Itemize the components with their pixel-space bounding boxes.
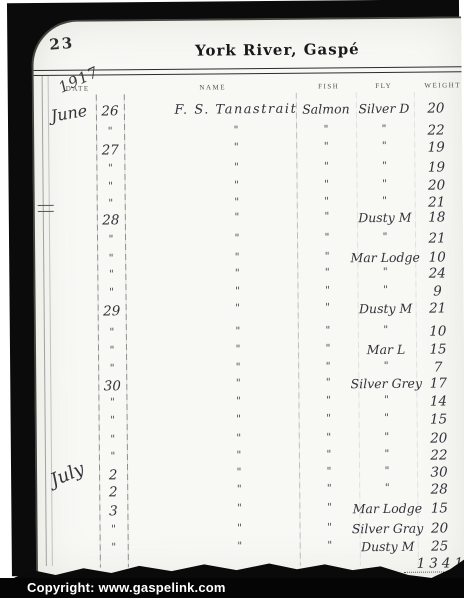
weight-cell: 24 bbox=[415, 265, 459, 281]
weight-cell: 20 bbox=[415, 177, 459, 193]
day-cell: 30 bbox=[90, 378, 134, 394]
table-row: 3""Mar Lodge15 bbox=[37, 500, 464, 522]
day-cell: " bbox=[89, 268, 133, 280]
fly-cell: " bbox=[349, 465, 425, 478]
day-cell: " bbox=[88, 162, 132, 174]
day-cell: " bbox=[90, 362, 134, 374]
weight-cell: 21 bbox=[415, 230, 459, 246]
weight-cell: 14 bbox=[416, 393, 460, 409]
fly-cell: " bbox=[348, 394, 424, 407]
table-row: """Dusty M25 bbox=[38, 538, 464, 560]
table-row: """"15 bbox=[37, 411, 464, 433]
scanned-ledger: 23 York River, Gaspé Date Name Fish Fly … bbox=[0, 0, 464, 600]
weight-cell: 22 bbox=[414, 122, 458, 138]
fly-cell: " bbox=[349, 448, 425, 461]
fly-cell: Dusty M bbox=[348, 301, 424, 317]
day-cell: 2 bbox=[91, 467, 135, 483]
weight-cell: 19 bbox=[414, 159, 458, 175]
weight-cell: 22 bbox=[417, 447, 461, 463]
fly-cell: " bbox=[348, 324, 424, 337]
fly-cell: " bbox=[347, 231, 423, 244]
weight-cell: 28 bbox=[417, 481, 461, 497]
weight-cell: 10 bbox=[415, 249, 459, 265]
day-cell: " bbox=[90, 344, 134, 356]
day-cell: " bbox=[89, 180, 133, 192]
fly-cell: " bbox=[349, 412, 425, 425]
day-cell: " bbox=[89, 252, 133, 264]
fly-cell: " bbox=[347, 178, 423, 191]
fly-cell: " bbox=[347, 195, 423, 208]
ledger-rows: June26F. S. TanastraitSalmonSilver D20""… bbox=[33, 18, 464, 580]
table-row: June26F. S. TanastraitSalmonSilver D20 bbox=[34, 100, 462, 122]
weight-cell: 15 bbox=[417, 500, 461, 516]
fly-cell: Silver Grey bbox=[348, 376, 424, 392]
weight-cell: 9 bbox=[415, 283, 459, 299]
weight-cell: 20 bbox=[417, 520, 461, 536]
table-row: 29""Dusty M21 bbox=[36, 300, 464, 322]
weight-cell: 17 bbox=[416, 375, 460, 391]
table-row: 27"""19 bbox=[34, 139, 462, 161]
fly-cell: Mar Lodge bbox=[349, 501, 425, 517]
fly-cell: " bbox=[347, 266, 423, 279]
fly-cell: Silver D bbox=[346, 101, 422, 117]
table-row: 2"""28 bbox=[37, 481, 464, 503]
fly-cell: Mar L bbox=[348, 342, 424, 358]
weight-cell: 18 bbox=[415, 209, 459, 225]
ledger-page: 23 York River, Gaspé Date Name Fish Fly … bbox=[31, 16, 464, 580]
day-cell: " bbox=[89, 233, 133, 245]
day-cell: " bbox=[88, 125, 132, 137]
weight-cell: 21 bbox=[415, 194, 459, 210]
copyright-bar: Copyright: www.gaspelink.com bbox=[0, 578, 464, 598]
fly-cell: Dusty M bbox=[350, 539, 426, 555]
fly-cell: " bbox=[346, 123, 422, 136]
day-cell: 29 bbox=[90, 303, 134, 319]
fly-cell: Silver Gray bbox=[349, 521, 425, 537]
table-row: """"21 bbox=[35, 230, 463, 252]
day-cell: " bbox=[90, 396, 134, 408]
fly-cell: " bbox=[347, 284, 423, 297]
fly-cell: " bbox=[346, 140, 422, 153]
weight-cell: 15 bbox=[417, 411, 461, 427]
day-cell: " bbox=[91, 414, 135, 426]
fly-cell: Dusty M bbox=[347, 210, 423, 226]
day-cell: " bbox=[92, 523, 136, 535]
weight-cell: 7 bbox=[416, 359, 460, 375]
weight-cell: 19 bbox=[414, 139, 458, 155]
day-cell: " bbox=[89, 286, 133, 298]
day-cell: " bbox=[91, 433, 135, 445]
day-cell: 27 bbox=[88, 142, 132, 158]
weight-cell: 20 bbox=[417, 430, 461, 446]
fly-cell: " bbox=[349, 431, 425, 444]
weight-cell: 20 bbox=[414, 100, 458, 116]
weight-cell: 15 bbox=[416, 341, 460, 357]
fly-cell: " bbox=[348, 360, 424, 373]
weight-cell: 30 bbox=[417, 464, 461, 480]
weight-cell: 21 bbox=[416, 300, 460, 316]
weight-cell: 10 bbox=[416, 323, 460, 339]
table-row: 28""Dusty M18 bbox=[35, 209, 463, 231]
day-cell: 3 bbox=[91, 503, 135, 519]
fly-cell: " bbox=[349, 482, 425, 495]
copyright-text: Copyright: www.gaspelink.com bbox=[27, 580, 226, 595]
fly-cell: Mar Lodge bbox=[347, 250, 423, 266]
weight-cell: 25 bbox=[418, 538, 462, 554]
day-cell: 2 bbox=[91, 484, 135, 500]
day-cell: " bbox=[92, 541, 136, 553]
day-cell: 26 bbox=[88, 103, 132, 119]
day-cell: 28 bbox=[89, 212, 133, 228]
day-cell: " bbox=[90, 326, 134, 338]
fly-cell: " bbox=[346, 160, 422, 173]
day-cell: " bbox=[89, 197, 133, 209]
